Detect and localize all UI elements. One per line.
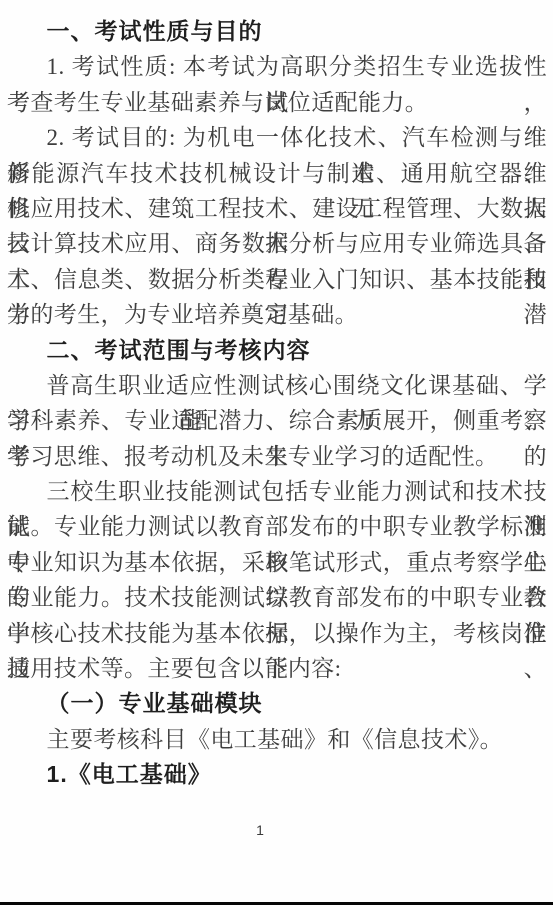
heading-line: 二、考试范围与考核内容 — [7, 333, 547, 368]
page-number: 1 — [0, 822, 520, 838]
text-line: 2. 考试目的: 为机电一体化技术、汽车检测与维修技术、 — [7, 120, 547, 155]
heading-line: （一）专业基础模块 — [7, 686, 547, 721]
text-line: 术、信息类、数据分析类专业入门知识、基本技能和学习潜 — [7, 262, 547, 297]
text-line: 云计算技术应用、商务数据分析与应用专业筛选具备工程技 — [7, 226, 547, 261]
text-line: 试。专业能力测试以教育部发布的中职专业教学标准中核心 — [7, 509, 547, 544]
text-line: 专业知识为基本依据，采取笔试形式，重点考察学生的综合 — [7, 545, 547, 580]
text-line: 中核心技术技能为基本依据，以操作为主，考核岗位技能、 — [7, 616, 547, 651]
heading-line: 1.《电工基础》 — [7, 757, 547, 792]
text-line: 普高生职业适应性测试核心围绕文化课基础、学习能力、 — [7, 368, 547, 403]
page-bottom-rule — [0, 902, 553, 905]
text-line: 学习思维、报考动机及未来专业学习的适配性。 — [7, 439, 547, 474]
document-text-block: 一、考试性质与目的1. 考试性质: 本考试为高职分类招生专业选拔性考试，考查考生… — [7, 14, 547, 793]
document-page: 一、考试性质与目的1. 考试性质: 本考试为高职分类招生专业选拔性考试，考查考生… — [0, 0, 553, 907]
text-line: 学科素养、专业适配潜力、综合素质展开，侧重考察考生的 — [7, 403, 547, 438]
text-line: 主要考核科目《电工基础》和《信息技术》。 — [7, 722, 547, 757]
heading-line: 一、考试性质与目的 — [7, 14, 547, 49]
text-line: 三校生职业技能测试包括专业能力测试和技术技能测 — [7, 474, 547, 509]
text-line: 1. 考试性质: 本考试为高职分类招生专业选拔性考试， — [7, 49, 547, 84]
text-line: 新能源汽车技术、机械设计与制造、通用航空器维修、无人 — [7, 156, 547, 191]
text-line: 专业能力。技术技能测试以教育部发布的中职专业教学标准 — [7, 580, 547, 615]
text-line: 机应用技术、建筑工程技术、建设工程管理、大数据技术、 — [7, 191, 547, 226]
